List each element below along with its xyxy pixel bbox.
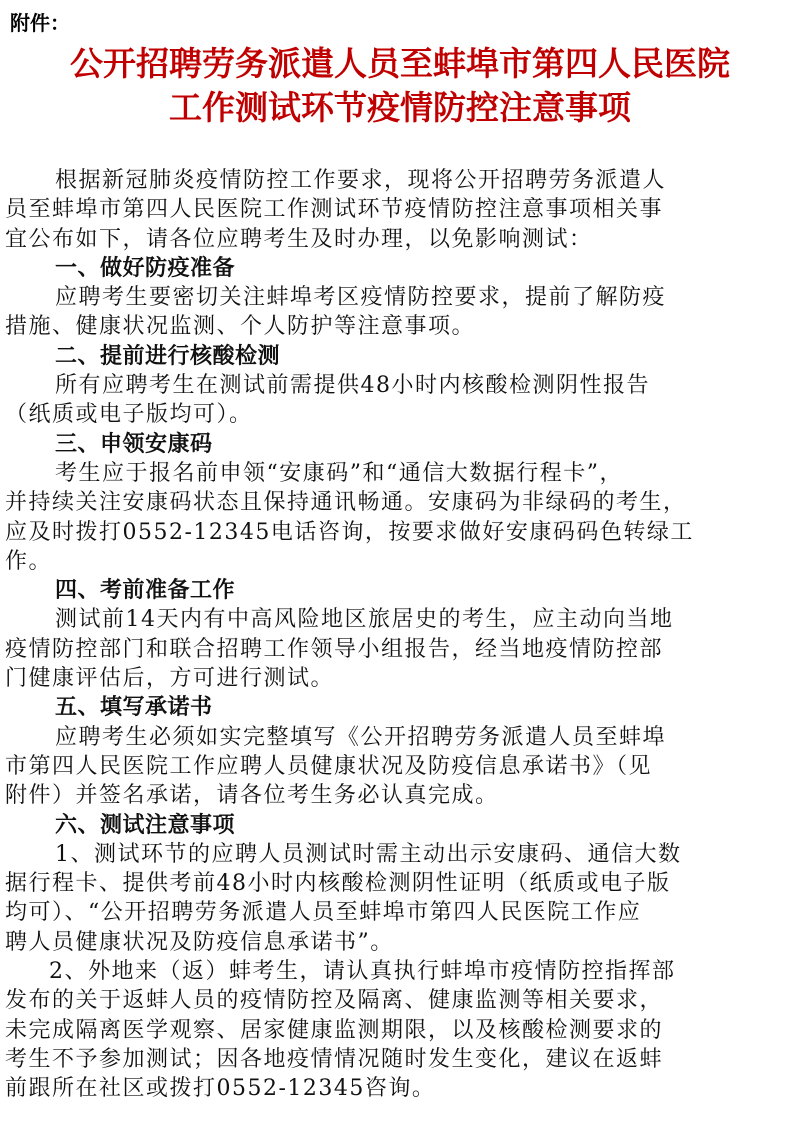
section-4: 四、考前准备工作 测试前14天内有中高风险地区旅居史的考生，应主动向当地 疫情防… xyxy=(5,576,795,693)
paragraph-line: 聘人员健康状况及防疫信息承诺书”。 xyxy=(5,928,795,957)
paragraph-line: 测试前14天内有中高风险地区旅居史的考生，应主动向当地 xyxy=(5,605,795,634)
paragraph-line: 所有应聘考生在测试前需提供48小时内核酸检测阴性报告 xyxy=(5,371,795,400)
section-heading: 三、申领安康码 xyxy=(5,430,795,459)
section-3: 三、申领安康码 考生应于报名前申领“安康码”和“通信大数据行程卡”， 并持续关注… xyxy=(5,430,795,576)
section-5: 五、填写承诺书 应聘考生必须如实完整填写《公开招聘劳务派遣人员至蚌埠 市第四人民… xyxy=(5,693,795,810)
document-title-line-2: 工作测试环节疫情防控注意事项 xyxy=(0,86,800,130)
document-title-line-1: 公开招聘劳务派遣人员至蚌埠市第四人民医院 xyxy=(0,42,800,86)
paragraph-line: 门健康评估后，方可进行测试。 xyxy=(5,664,795,693)
paragraph-line: 考生不予参加测试；因各地疫情情况随时发生变化，建议在返蚌 xyxy=(5,1045,795,1074)
section-heading: 五、填写承诺书 xyxy=(5,693,795,722)
section-2: 二、提前进行核酸检测 所有应聘考生在测试前需提供48小时内核酸检测阴性报告 （纸… xyxy=(5,342,795,430)
paragraph-line: 应聘考生要密切关注蚌埠考区疫情防控要求，提前了解防疫 xyxy=(5,283,795,312)
paragraph-line: 并持续关注安康码状态且保持通讯畅通。安康码为非绿码的考生， xyxy=(5,488,795,517)
paragraph-line: 疫情防控部门和联合招聘工作领导小组报告，经当地疫情防控部 xyxy=(5,635,795,664)
paragraph-line: 宜公布如下，请各位应聘考生及时办理，以免影响测试： xyxy=(5,225,795,254)
section-heading: 四、考前准备工作 xyxy=(5,576,795,605)
section-heading: 六、测试注意事项 xyxy=(5,811,795,840)
paragraph-line: 应聘考生必须如实完整填写《公开招聘劳务派遣人员至蚌埠 xyxy=(5,723,795,752)
attachment-label: 附件： xyxy=(10,10,70,36)
paragraph-line: 根据新冠肺炎疫情防控工作要求，现将公开招聘劳务派遣人 xyxy=(5,166,795,195)
paragraph-line: 应及时拨打0552-12345电话咨询，按要求做好安康码码色转绿工 xyxy=(5,518,795,547)
paragraph-line: 考生应于报名前申领“安康码”和“通信大数据行程卡”， xyxy=(5,459,795,488)
paragraph-line: 均可）、“公开招聘劳务派遣人员至蚌埠市第四人民医院工作应 xyxy=(5,898,795,927)
paragraph-line: 附件）并签名承诺，请各位考生务必认真完成。 xyxy=(5,781,795,810)
section-heading: 一、做好防疫准备 xyxy=(5,254,795,283)
paragraph-line: （纸质或电子版均可）。 xyxy=(5,400,795,429)
paragraph-line: 作。 xyxy=(5,547,795,576)
paragraph-line: 2、外地来（返）蚌考生，请认真执行蚌埠市疫情防控指挥部 xyxy=(5,957,795,986)
section-6: 六、测试注意事项 1、测试环节的应聘人员测试时需主动出示安康码、通信大数 据行程… xyxy=(5,811,795,1104)
paragraph-line: 未完成隔离医学观察、居家健康监测期限，以及核酸检测要求的 xyxy=(5,1016,795,1045)
paragraph-line: 据行程卡、提供考前48小时内核酸检测阴性证明（纸质或电子版 xyxy=(5,869,795,898)
section-heading: 二、提前进行核酸检测 xyxy=(5,342,795,371)
paragraph-line: 1、测试环节的应聘人员测试时需主动出示安康码、通信大数 xyxy=(5,840,795,869)
paragraph-line: 市第四人民医院工作应聘人员健康状况及防疫信息承诺书》（见 xyxy=(5,752,795,781)
paragraph-line: 员至蚌埠市第四人民医院工作测试环节疫情防控注意事项相关事 xyxy=(5,195,795,224)
section-1: 一、做好防疫准备 应聘考生要密切关注蚌埠考区疫情防控要求，提前了解防疫 措施、健… xyxy=(5,254,795,342)
paragraph-line: 前跟所在社区或拨打0552-12345咨询。 xyxy=(5,1074,795,1103)
document-body: 根据新冠肺炎疫情防控工作要求，现将公开招聘劳务派遣人 员至蚌埠市第四人民医院工作… xyxy=(5,166,795,1104)
paragraph-line: 发布的关于返蚌人员的疫情防控及隔离、健康监测等相关要求， xyxy=(5,986,795,1015)
paragraph-line: 措施、健康状况监测、个人防护等注意事项。 xyxy=(5,312,795,341)
intro-paragraph: 根据新冠肺炎疫情防控工作要求，现将公开招聘劳务派遣人 员至蚌埠市第四人民医院工作… xyxy=(5,166,795,254)
